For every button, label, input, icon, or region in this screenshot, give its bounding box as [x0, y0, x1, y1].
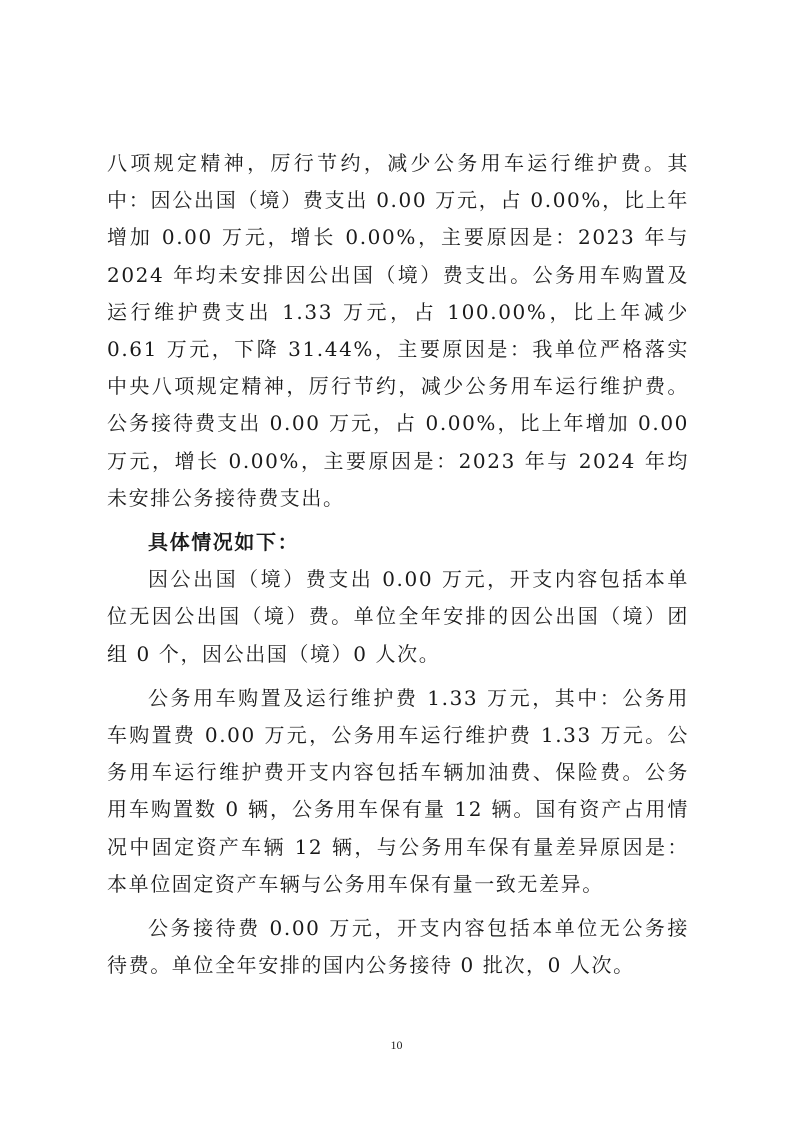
paragraph-continuation: 八项规定精神，厉行节约，减少公务用车运行维护费。其中：因公出国（境）费支出 0.…	[107, 145, 689, 517]
document-page: 八项规定精神，厉行节约，减少公务用车运行维护费。其中：因公出国（境）费支出 0.…	[0, 0, 793, 1122]
paragraph-official-reception: 公务接待费 0.00 万元，开支内容包括本单位无公务接待费。单位全年安排的国内公…	[107, 910, 689, 984]
section-heading: 具体情况如下：	[107, 524, 689, 561]
page-number: 10	[0, 1038, 793, 1053]
document-body: 八项规定精神，厉行节约，减少公务用车运行维护费。其中：因公出国（境）费支出 0.…	[107, 145, 689, 984]
paragraph-overseas-travel: 因公出国（境）费支出 0.00 万元，开支内容包括本单位无因公出国（境）费。单位…	[107, 561, 689, 673]
paragraph-official-vehicles: 公务用车购置及运行维护费 1.33 万元，其中：公务用车购置费 0.00 万元，…	[107, 680, 689, 903]
